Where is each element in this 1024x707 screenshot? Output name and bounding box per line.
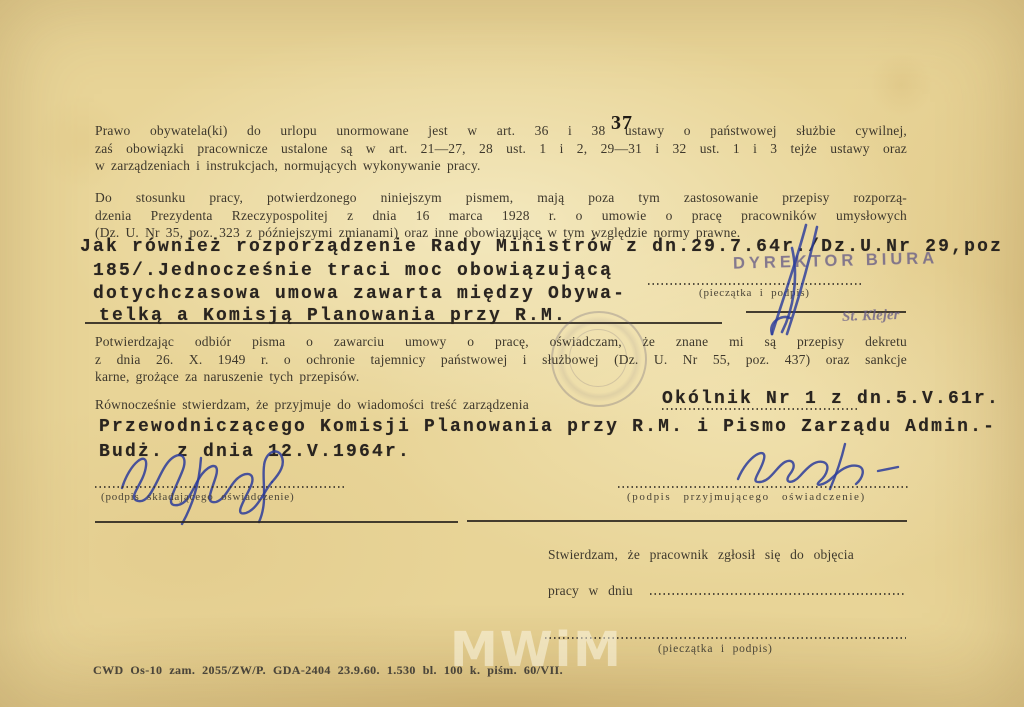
typed-insert-line-3: dotychczasowa umowa zawarta między Obywa… bbox=[93, 284, 626, 304]
label-signer-left: (podpis składającego oświadczenie) bbox=[101, 491, 294, 503]
handwritten-signature-director bbox=[742, 222, 854, 337]
paragraph-3-line-3: karne, grożące za naruszenie tych przepi… bbox=[95, 368, 907, 386]
printed-paragraph-4: Równocześnie stwierdzam, że przyjmuje do… bbox=[95, 396, 529, 414]
label-stamp-signature-bottom: (pieczątka i podpis) bbox=[658, 643, 773, 655]
paragraph-3-line-1: Potwierdzając odbiór pisma o zawarciu um… bbox=[95, 333, 907, 351]
printed-paragraph-1: Prawo obywatela(ki) do urlopu unormowane… bbox=[95, 122, 907, 175]
typed-insert-line-2: 185/.Jednocześnie traci moc obowiązującą bbox=[93, 261, 613, 281]
confirmation-line-2: pracy w dniu bbox=[548, 582, 633, 600]
handwritten-signature-right bbox=[726, 437, 912, 497]
label-signer-right: (podpis przyjmującego oświadczenie) bbox=[627, 491, 866, 503]
dotted-line-under-okolnik bbox=[662, 408, 858, 410]
dotted-line-date-field bbox=[650, 593, 906, 595]
confirmation-line-1: Stwierdzam, że pracownik zgłosił się do … bbox=[548, 546, 854, 564]
section-divider-rule-left bbox=[95, 521, 458, 523]
section-divider-rule-right bbox=[467, 520, 907, 522]
printed-paragraph-3: Potwierdzając odbiór pisma o zawarciu um… bbox=[95, 333, 907, 386]
dotted-line-signer-right bbox=[618, 486, 910, 488]
typed-overtype-correction: 37 bbox=[611, 112, 633, 135]
scanned-document-page: Prawo obywatela(ki) do urlopu unormowane… bbox=[0, 0, 1024, 707]
paragraph-1-line-2: zaś obowiązki pracownicze ustalone są w … bbox=[95, 140, 907, 158]
handwritten-signature-left bbox=[112, 444, 320, 526]
print-shop-footer: CWD Os-10 zam. 2055/ZW/P. GDA-2404 23.9.… bbox=[93, 663, 563, 678]
paragraph-2-line-1: Do stosunku pracy, potwierdzonego niniej… bbox=[95, 189, 907, 207]
paragraph-1-line-1: Prawo obywatela(ki) do urlopu unormowane… bbox=[95, 122, 907, 140]
typed-przewodniczacego-line: Przewodniczącego Komisji Planowania przy… bbox=[99, 417, 996, 437]
paragraph-1-line-3: w zarządzeniach i instrukcjach, normując… bbox=[95, 157, 907, 175]
typed-okolnik-reference: Okólnik Nr 1 z dn.5.V.61r. bbox=[662, 389, 1000, 409]
dotted-line-signer-left bbox=[95, 486, 347, 488]
paragraph-3-line-2: z dnia 26. X. 1949 r. o ochronie tajemni… bbox=[95, 351, 907, 369]
